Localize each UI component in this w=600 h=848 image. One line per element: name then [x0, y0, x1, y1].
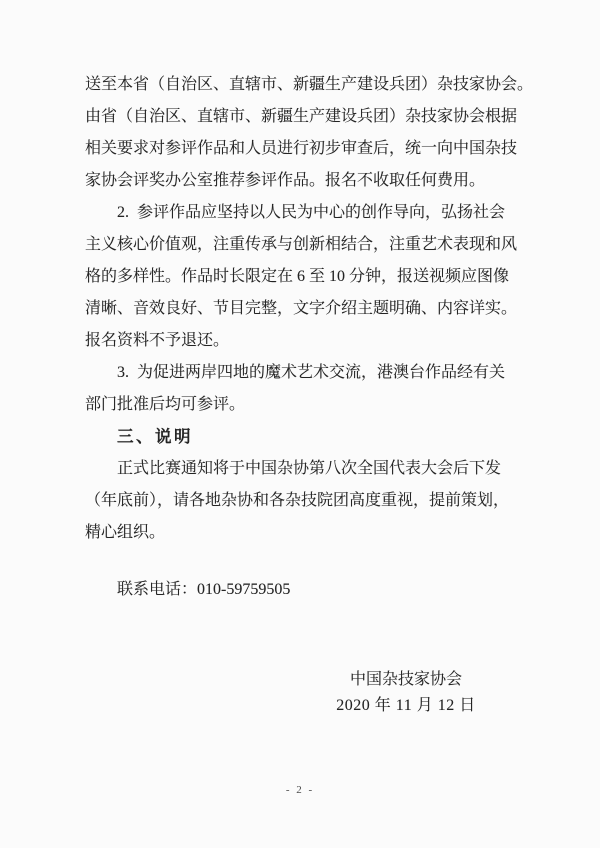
document-body: 送至本省（自治区、直辖市、新疆生产建设兵团）杂技家协会。 由省（自治区、直辖市、… — [85, 69, 521, 606]
paragraph-line: 清晰、音效良好、节目完整，文字介绍主题明确、内容详实。 — [85, 293, 521, 325]
signature-block: 中国杂技家协会 2020 年 11 月 12 日 — [318, 667, 494, 719]
paragraph-line: 2. 参评作品应坚持以人民为中心的创作导向，弘扬社会 — [85, 197, 521, 229]
paragraph-line: 正式比赛通知将于中国杂协第八次全国代表大会后下发 — [85, 453, 521, 485]
signature-date: 2020 年 11 月 12 日 — [318, 693, 494, 719]
paragraph-line: 相关要求对参评作品和人员进行初步审查后，统一向中国杂技 — [85, 133, 521, 165]
paragraph-line: 精心组织。 — [85, 517, 521, 549]
section-heading: 三、说明 — [85, 421, 521, 453]
document-page: 送至本省（自治区、直辖市、新疆生产建设兵团）杂技家协会。 由省（自治区、直辖市、… — [0, 0, 600, 848]
paragraph-line: 3. 为促进两岸四地的魔术艺术交流，港澳台作品经有关 — [85, 357, 521, 389]
paragraph-line: 主义核心价值观，注重传承与创新相结合，注重艺术表现和风 — [85, 229, 521, 261]
paragraph-line: 报名资料不予退还。 — [85, 325, 521, 357]
paragraph-line: 部门批准后均可参评。 — [85, 389, 521, 421]
paragraph-line: 格的多样性。作品时长限定在 6 至 10 分钟，报送视频应图像 — [85, 261, 521, 293]
paragraph-line: 家协会评奖办公室推荐参评作品。报名不收取任何费用。 — [85, 165, 521, 197]
paragraph-line: （年底前），请各地杂协和各杂技院团高度重视，提前策划， — [85, 485, 521, 517]
paragraph-line: 送至本省（自治区、直辖市、新疆生产建设兵团）杂技家协会。 — [85, 69, 521, 101]
page-number: - 2 - — [0, 784, 600, 796]
paragraph-line: 由省（自治区、直辖市、新疆生产建设兵团）杂技家协会根据 — [85, 101, 521, 133]
contact-phone-line: 联系电话：010-59759505 — [85, 574, 521, 606]
signature-organization: 中国杂技家协会 — [318, 667, 494, 693]
